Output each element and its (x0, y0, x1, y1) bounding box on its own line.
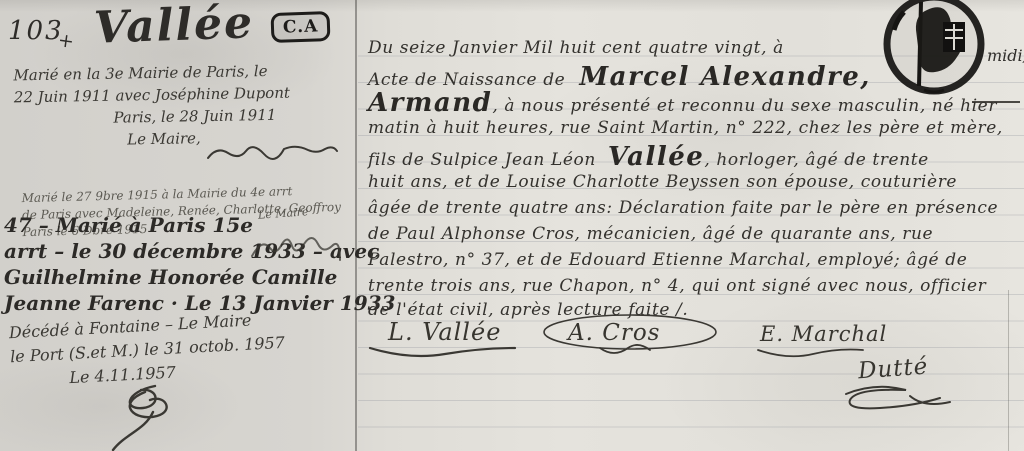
act-line-1: Du seize Janvier Mil huit cent quatre vi… (368, 38, 784, 58)
cross-mark-icon: + (57, 29, 76, 53)
act-line-7: âgée de trente quatre ans: Déclaration f… (368, 198, 998, 218)
margin-note-1911: Marié en la 3e Mairie de Paris, le 22 Ju… (13, 60, 291, 153)
registry-number: 103 (8, 16, 64, 46)
act-line-4: matin à huit heures, rue Saint Martin, n… (368, 118, 1003, 138)
mayor-signature-scrawl-1933 (248, 226, 343, 271)
witness-1-signature-flourish (540, 312, 720, 357)
declarant-signature-flourish (368, 344, 518, 358)
mayor-signature-squiggle-1911 (205, 142, 340, 168)
official-round-seal (880, 0, 988, 100)
act-time-note: midi; (987, 46, 1024, 65)
officer-signature-flourish (836, 380, 986, 414)
act-line-10: trente trois ans, rue Chapon, n° 4, qui … (368, 276, 986, 296)
act-line-5-suffix: , horloger, âgé de trente (704, 150, 929, 170)
act-line-9: Palestro, n° 37, et de Edouard Etienne M… (368, 250, 967, 270)
signature-witness-2: E. Marchal (760, 322, 887, 346)
act-line-5-prefix: fils de Sulpice Jean Léon (368, 150, 596, 170)
birth-register-scan: 103 + Vallée C.A Marié en la 3e Mairie d… (0, 0, 1024, 451)
page-edge-line (1008, 290, 1009, 451)
act-line-3: , à nous présenté et reconnu du sexe mas… (492, 96, 997, 116)
act-line-2-prefix: Acte de Naissance de (368, 70, 565, 90)
ca-stamp: C.A (270, 11, 330, 43)
act-line-8: de Paul Alphonse Cros, mécanicien, âgé d… (368, 224, 933, 244)
child-given-name-armand: Armand (368, 88, 492, 118)
family-name-header: Vallée (93, 0, 255, 54)
witness-2-signature-flourish (756, 346, 866, 358)
father-surname: Vallée (608, 142, 704, 172)
signature-declarant: L. Vallée (388, 318, 501, 346)
annotation-flourish (95, 382, 210, 451)
act-line-6: huit ans, et de Louise Charlotte Beyssen… (368, 172, 957, 192)
margin-note-death: Décédé à Fontaine – Le Maire le Port (S.… (8, 307, 286, 393)
